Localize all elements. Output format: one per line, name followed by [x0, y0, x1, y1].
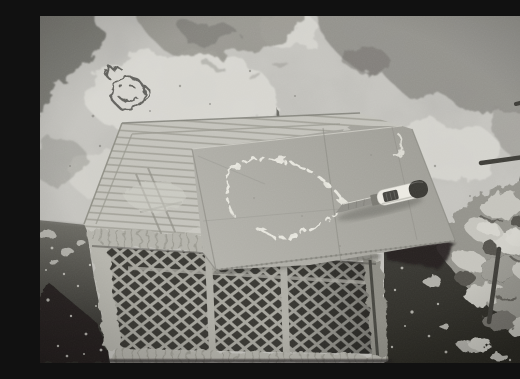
vignette	[40, 16, 520, 363]
photograph: Black-and-white photo: a utility knife l…	[40, 16, 520, 363]
photo-canvas	[40, 16, 520, 363]
